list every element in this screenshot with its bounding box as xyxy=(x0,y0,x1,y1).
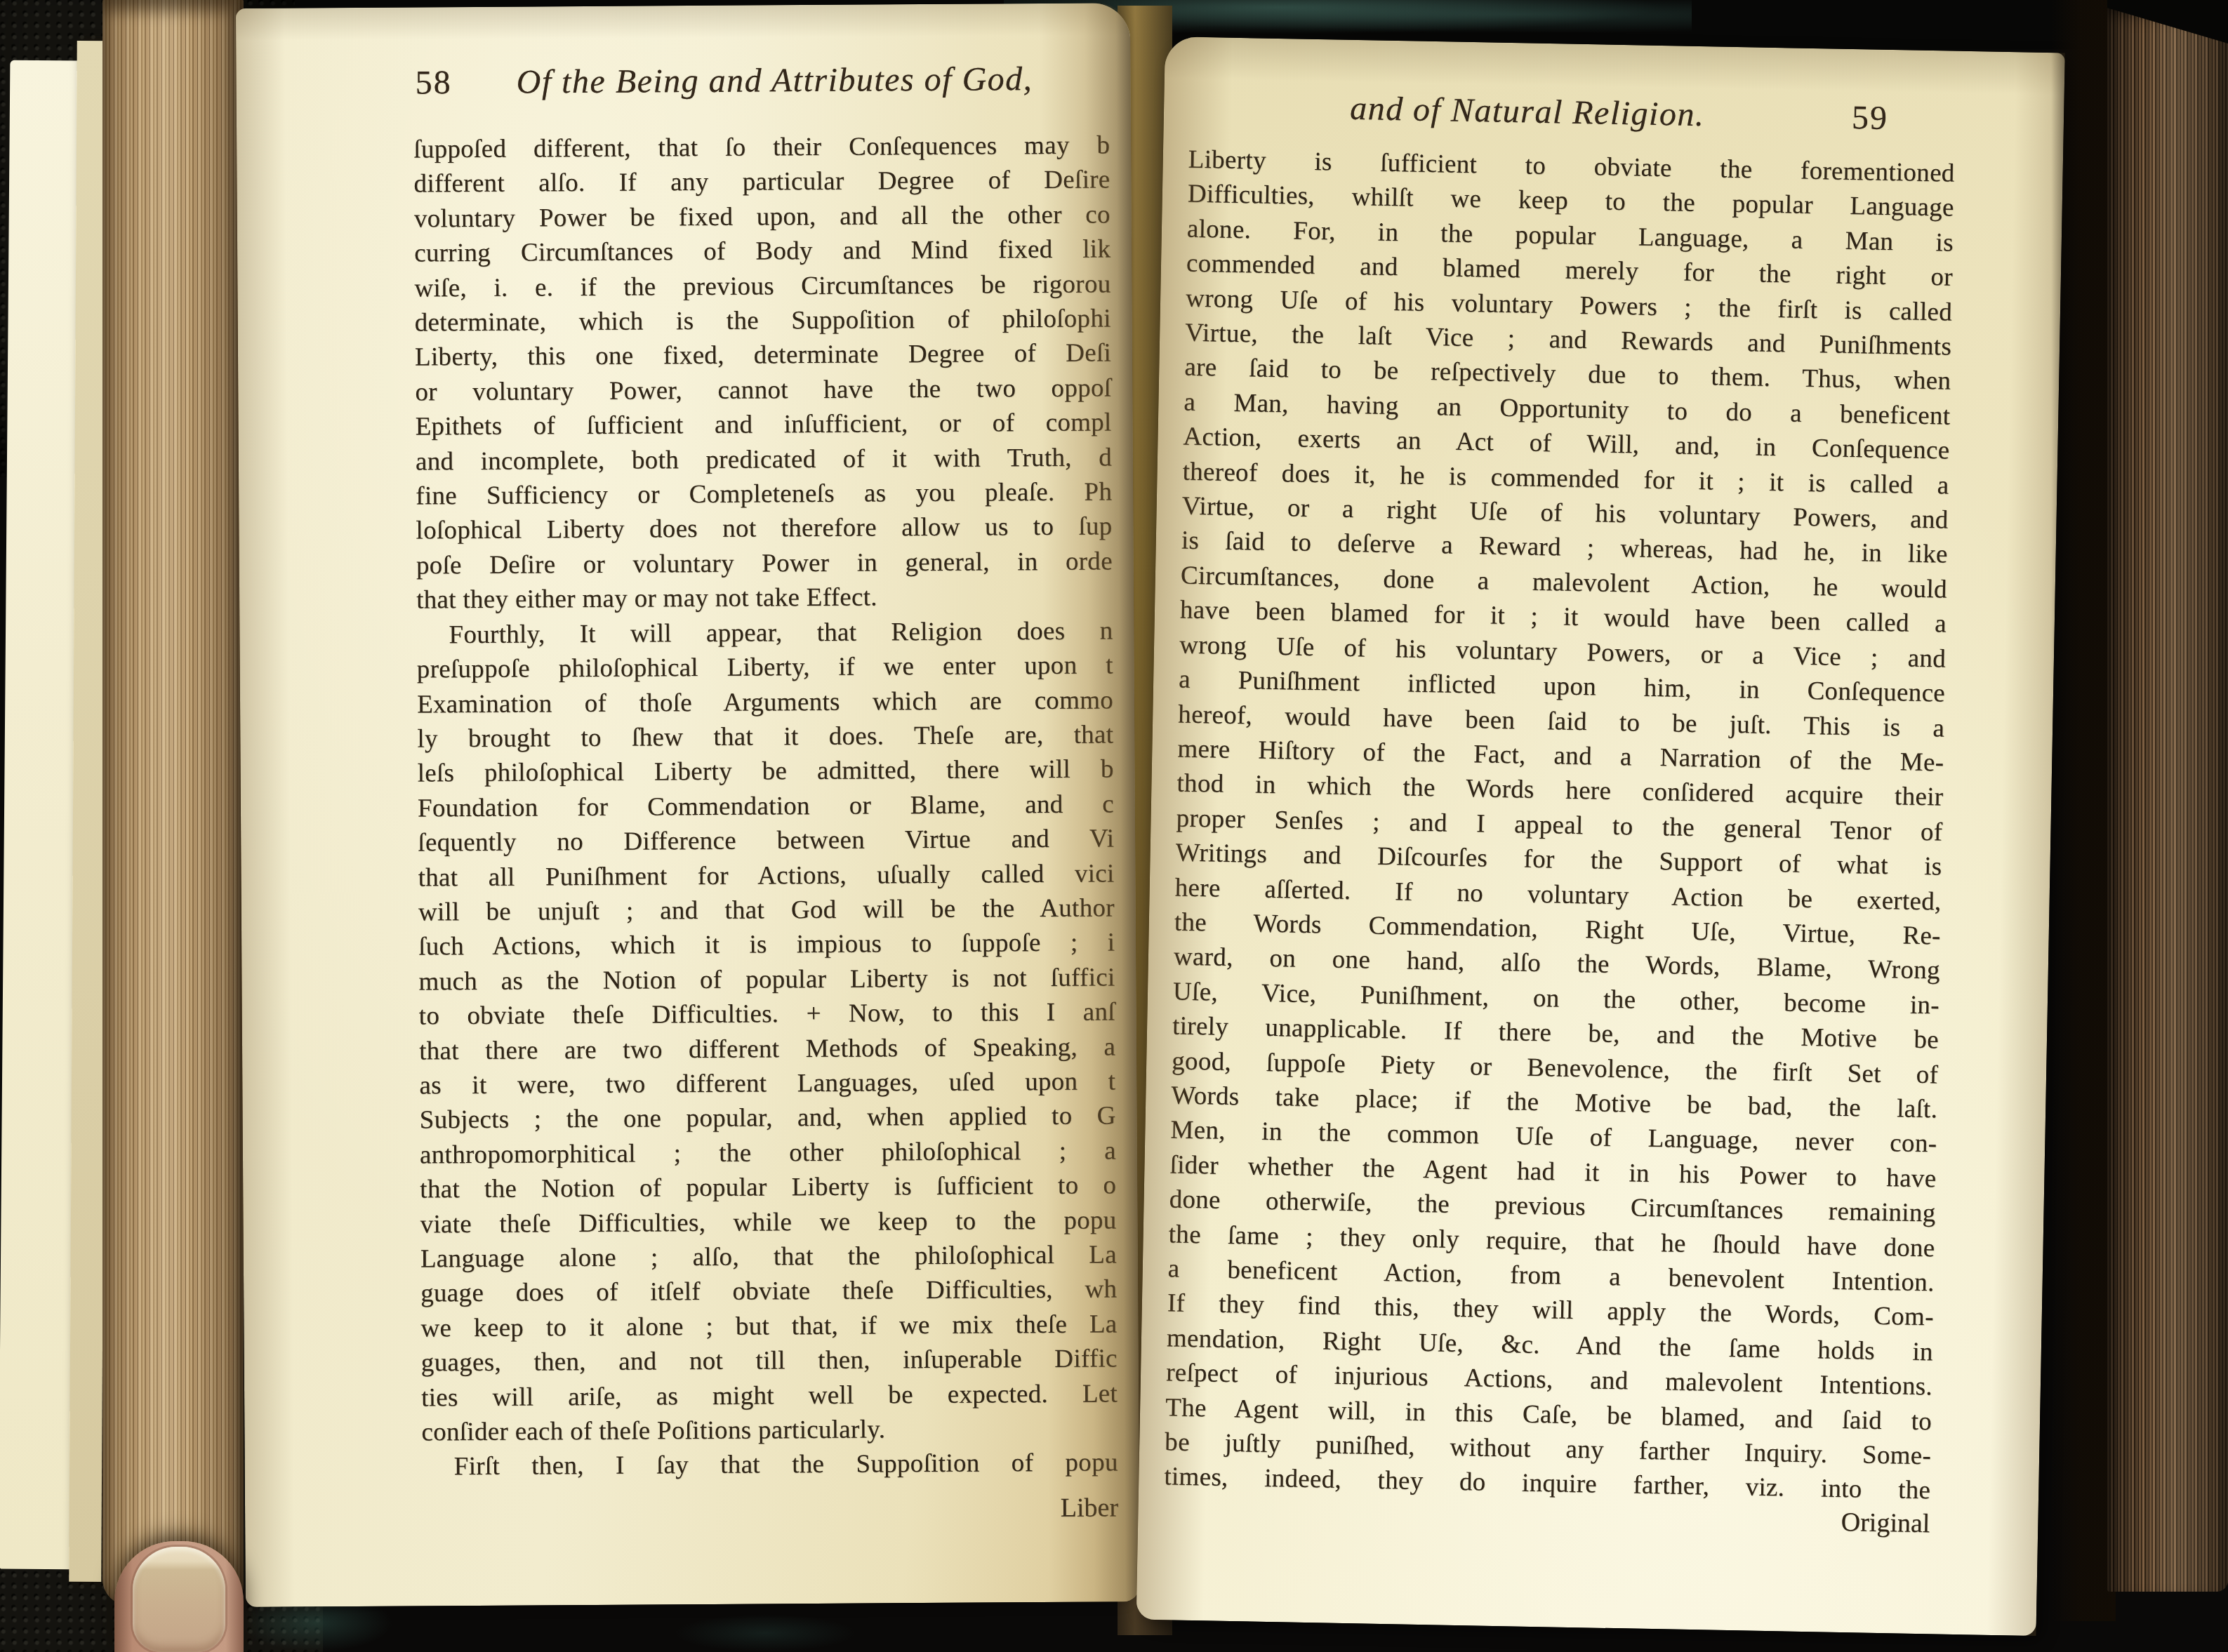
text-line: preſuppoſe philoſophical Liberty, if we … xyxy=(417,648,1113,686)
left-page-inner-shadow xyxy=(236,8,295,1607)
open-book-photo: 58 Of the Being and Attributes of God, ſ… xyxy=(0,0,2228,1652)
text-line: ſuch Actions, which it is impious to ſup… xyxy=(418,926,1115,964)
text-line: to obviate theſe Difficulties. + Now, to… xyxy=(419,995,1115,1034)
text-line: much as the Notion of popular Liberty is… xyxy=(418,960,1115,999)
text-line: ly brought to ſhew that it does. Theſe a… xyxy=(417,717,1113,756)
text-line: different alſo. If any particular Degree… xyxy=(413,163,1110,201)
text-line: we keep to it alone ; but that, if we mi… xyxy=(420,1307,1117,1345)
running-title-right: and of Natural Religion. xyxy=(1350,89,1705,134)
page-number-right: 59 xyxy=(1852,98,1889,138)
text-line: guage does of itſelf obviate theſe Diffi… xyxy=(420,1272,1117,1311)
catchword-left: Liber xyxy=(422,1492,1136,1527)
left-fore-edge-stack xyxy=(102,0,244,1606)
right-fore-edge-stack xyxy=(2107,0,2228,1592)
text-line: Fourthly, It will appear, that Religion … xyxy=(416,613,1113,652)
text-line: or voluntary Power, cannot have the two … xyxy=(415,371,1111,409)
text-line: wiſe, i. e. if the previous Circumſtance… xyxy=(414,267,1110,305)
text-line: as it were, two different Languages, uſe… xyxy=(419,1064,1115,1103)
text-line: guages, then, and not till then, inſuper… xyxy=(421,1342,1118,1380)
text-line: curring Circumſtances of Body and Mind f… xyxy=(414,232,1110,271)
text-line: leſs philoſophical Liberty be admitted, … xyxy=(418,752,1114,791)
thumb xyxy=(114,1541,244,1652)
leather-sheen-bottom xyxy=(674,1614,856,1652)
left-page-top-shadow xyxy=(236,3,1130,41)
text-line: that the Notion of popular Liberty is ſu… xyxy=(420,1168,1116,1207)
left-page: 58 Of the Being and Attributes of God, ſ… xyxy=(236,3,1140,1607)
right-page: and of Natural Religion. 59 Liberty is ſ… xyxy=(1136,36,2065,1636)
right-page-header: and of Natural Religion. 59 xyxy=(1350,89,1889,138)
running-title-left: Of the Being and Attributes of God, xyxy=(516,60,1033,101)
text-line: ſequently no Difference between Virtue a… xyxy=(418,822,1114,860)
text-line: conſider each of theſe Poſitions particu… xyxy=(421,1411,1118,1449)
loose-page-edge-outer xyxy=(0,60,81,1570)
text-line: will be unjuſt ; and that God will be th… xyxy=(418,891,1115,929)
text-line: fine Sufficiency or Completeneſs as you … xyxy=(416,474,1112,513)
text-line: poſe Deſire or voluntary Power in genera… xyxy=(416,544,1113,582)
text-line: loſophical Liberty does not therefore al… xyxy=(416,509,1112,548)
thumbnail xyxy=(133,1547,225,1652)
text-line: Foundation for Commendation or Blame, an… xyxy=(418,787,1114,825)
text-line: that there are two different Methods of … xyxy=(419,1030,1115,1068)
right-edge-gap-shadow xyxy=(2051,0,2116,1621)
page-number-left: 58 xyxy=(415,63,451,102)
text-line: viate theſe Difficulties, while we keep … xyxy=(420,1203,1116,1241)
text-line: determinate, which is the Suppoſition of… xyxy=(415,301,1111,340)
text-line: ties will ariſe, as might well be expect… xyxy=(421,1376,1118,1415)
text-line: Liberty, this one fixed, determinate Deg… xyxy=(415,336,1111,375)
text-line: voluntary Power be fixed upon, and all t… xyxy=(414,197,1110,236)
text-line: and incomplete, both predicated of it wi… xyxy=(416,440,1112,479)
text-line: anthropomorphitical ; the other philoſop… xyxy=(420,1133,1116,1172)
left-page-text-block: ſuppoſed different, that ſo their Conſeq… xyxy=(413,128,1118,1484)
text-line: ſuppoſed different, that ſo their Conſeq… xyxy=(413,128,1110,166)
text-line: that they either may or may not take Eff… xyxy=(416,579,1113,618)
right-page-text-block: Liberty is ſufficient to obviate the for… xyxy=(1164,142,1955,1509)
text-line: Language alone ; alſo, that the philoſop… xyxy=(420,1237,1117,1276)
left-page-header: 58 Of the Being and Attributes of God, xyxy=(415,60,1074,102)
text-line: Examination of thoſe Arguments which are… xyxy=(417,683,1113,721)
text-line: that all Puniſhment for Actions, uſually… xyxy=(418,856,1114,895)
text-line: Subjects ; the one popular, and, when ap… xyxy=(420,1099,1116,1138)
text-line: Firſt then, I ſay that the Suppoſition o… xyxy=(422,1446,1118,1484)
text-line: Epithets of ſufficient and inſufficient,… xyxy=(415,406,1111,444)
